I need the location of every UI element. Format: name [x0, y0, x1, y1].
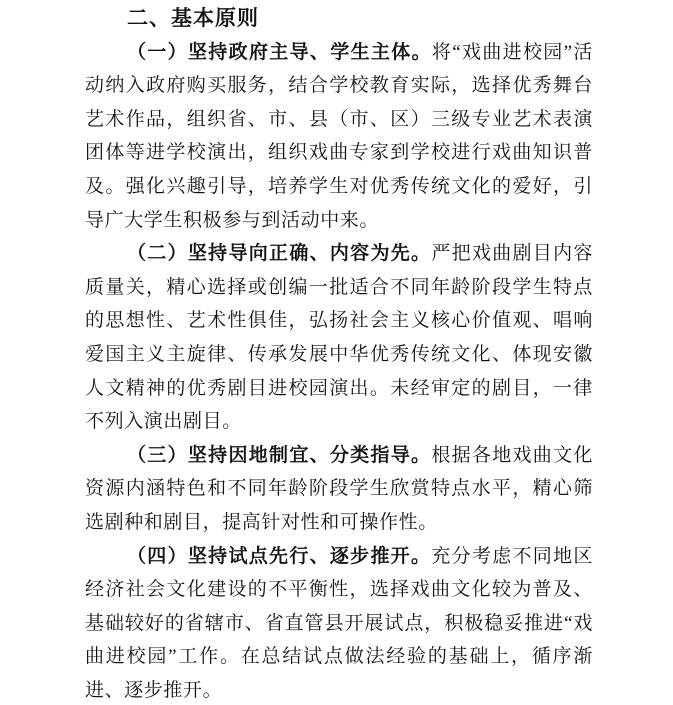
paragraph-2-body: 严把戏曲剧目内容质量关，精心选择或创编一批适合不同年龄阶段学生特点的思想性、艺术…: [85, 243, 593, 432]
paragraph-1-lead: （一）坚持政府主导、学生主体。: [127, 42, 432, 63]
document-content: 二、基本原则 （一）坚持政府主导、学生主体。将“戏曲进校园”活动纳入政府购买服务…: [85, 2, 593, 705]
paragraph-3-lead: （三）坚持因地制宜、分类指导。: [127, 445, 431, 466]
paragraph-1: （一）坚持政府主导、学生主体。将“戏曲进校园”活动纳入政府购买服务，结合学校教育…: [85, 36, 593, 238]
paragraph-1-body: 将“戏曲进校园”活动纳入政府购买服务，结合学校教育实际，选择优秀舞台艺术作品，组…: [85, 42, 593, 231]
paragraph-3: （三）坚持因地制宜、分类指导。根据各地戏曲文化资源内涵特色和不同年龄阶段学生欣赏…: [85, 439, 593, 540]
section-heading: 二、基本原则: [85, 2, 593, 36]
paragraph-4: （四）坚持试点先行、逐步推开。充分考虑不同地区经济社会文化建设的不平衡性，选择戏…: [85, 540, 593, 705]
paragraph-2-lead: （二）坚持导向正确、内容为先。: [127, 243, 431, 264]
paragraph-4-body: 充分考虑不同地区经济社会文化建设的不平衡性，选择戏曲文化较为普及、基础较好的省辖…: [85, 546, 593, 701]
paragraph-2: （二）坚持导向正确、内容为先。严把戏曲剧目内容质量关，精心选择或创编一批适合不同…: [85, 237, 593, 439]
document-page: 二、基本原则 （一）坚持政府主导、学生主体。将“戏曲进校园”活动纳入政府购买服务…: [0, 0, 673, 705]
paragraph-4-lead: （四）坚持试点先行、逐步推开。: [127, 546, 431, 567]
